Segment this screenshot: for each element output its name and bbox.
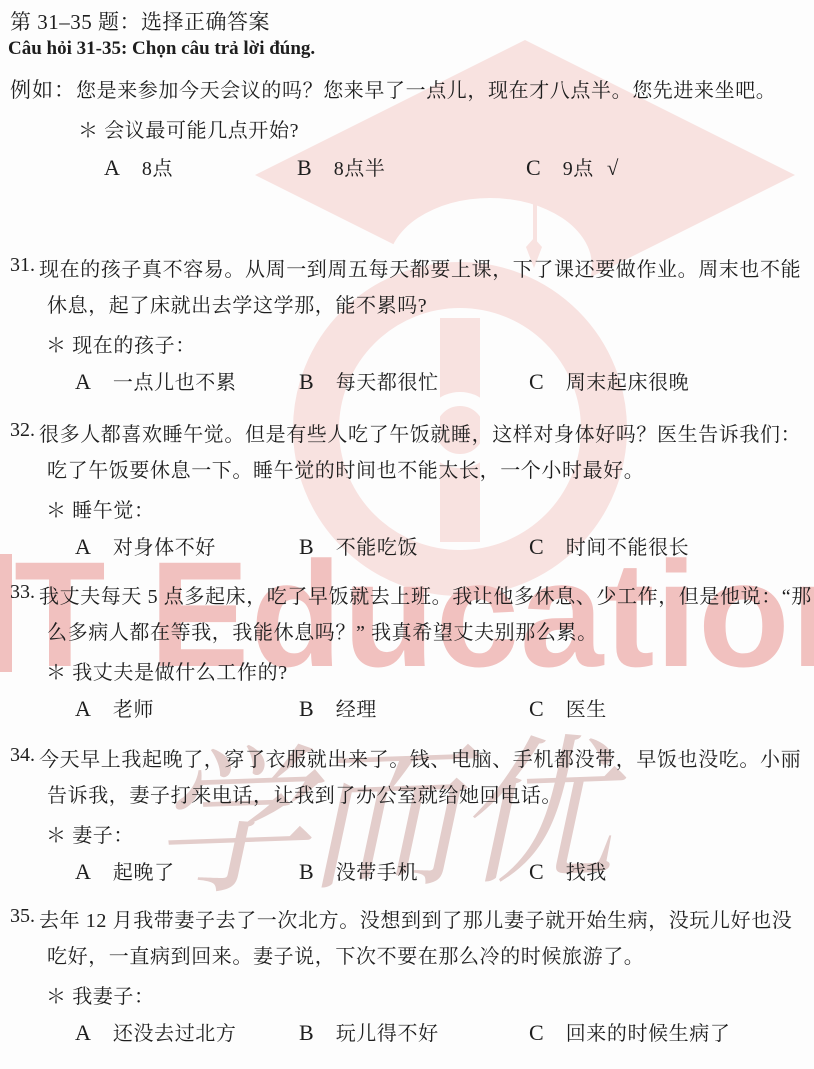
content-layer: 第 31–35 题：选择正确答案 Câu hỏi 31-35: Chọn câu… <box>0 0 814 1069</box>
passage-line-2: 休息，起了床就出去学这学那，能不累吗? <box>47 289 427 318</box>
question-prompt: ＊ 现在的孩子： <box>46 329 196 358</box>
option-c-letter: C <box>529 1020 544 1046</box>
option-b-letter: B <box>299 696 314 722</box>
option-c-text: 医生 <box>566 693 607 722</box>
option-b: B 没带手机 <box>299 856 418 885</box>
example-section: 例如： 您是来参加今天会议的吗？您来早了一点儿，现在才八点半。您先进来坐吧。 <box>10 74 776 104</box>
option-b: B 玩儿得不好 <box>299 1017 439 1046</box>
example-label: 例如： <box>10 74 76 104</box>
option-a: A 老师 <box>75 693 154 722</box>
option-b-text: 玩儿得不好 <box>336 1017 439 1046</box>
option-b-letter: B <box>297 155 312 181</box>
example-option-b: B 8点半 <box>297 152 386 181</box>
passage-line-2: 吃好，一直病到回来。妻子说，下次不要在那么冷的时候旅游了。 <box>47 940 644 969</box>
question-prompt: ＊ 睡午觉： <box>46 494 155 523</box>
example-options-row: A 8点 B 8点半 C 9点 √ <box>0 152 814 182</box>
option-b-text: 每天都很忙 <box>336 366 439 395</box>
option-b-text: 没带手机 <box>336 856 418 885</box>
option-a: A 还没去过北方 <box>75 1017 237 1046</box>
option-b-letter: B <box>299 859 314 885</box>
option-c-text: 周末起床很晚 <box>566 366 690 395</box>
question-block: 35. 去年 12 月我带妻子去了一次北方。没想到到了那儿妻子就开始生病，没玩儿… <box>0 904 814 1054</box>
option-a-letter: A <box>75 369 91 395</box>
example-option-a: A 8点 <box>104 152 173 181</box>
option-a-text: 对身体不好 <box>113 531 216 560</box>
question-prompt: ＊ 我妻子： <box>46 980 155 1009</box>
option-b: B 经理 <box>299 693 377 722</box>
option-a-text: 老师 <box>113 693 154 722</box>
option-a-text: 还没去过北方 <box>113 1017 237 1046</box>
option-a: A 一点儿也不累 <box>75 366 237 395</box>
passage-line-1: 很多人都喜欢睡午觉。但是有些人吃了午饭就睡，这样对身体好吗？医生告诉我们： <box>39 418 801 447</box>
option-b: B 每天都很忙 <box>299 366 439 395</box>
option-c-text: 找我 <box>566 856 607 885</box>
option-b-letter: B <box>299 1020 314 1046</box>
option-c-letter: C <box>529 859 544 885</box>
options-row: A 对身体不好 B 不能吃饭 C 时间不能很长 <box>0 531 814 561</box>
page-subtitle-vietnamese: Câu hỏi 31-35: Chọn câu trả lời đúng. <box>8 38 315 60</box>
question-number: 31. <box>10 254 35 277</box>
option-a-text: 8点 <box>142 152 173 181</box>
option-b-letter: B <box>299 369 314 395</box>
options-row: A 起晚了 B 没带手机 C 找我 <box>0 856 814 886</box>
question-prompt: ＊ 妻子： <box>46 819 134 848</box>
option-b: B 不能吃饭 <box>299 531 418 560</box>
option-c-text: 9点 <box>563 152 594 181</box>
question-number: 32. <box>10 419 35 442</box>
passage-line-1: 现在的孩子真不容易。从周一到周五每天都要上课，下了课还要做作业。周末也不能 <box>39 253 801 282</box>
question-block: 34. 今天早上我起晚了，穿了衣服就出来了。钱、电脑、手机都没带，早饭也没吃。小… <box>0 743 814 893</box>
option-b-letter: B <box>299 534 314 560</box>
passage-line-1: 去年 12 月我带妻子去了一次北方。没想到到了那儿妻子就开始生病，没玩儿好也没 <box>39 904 792 933</box>
options-row: A 还没去过北方 B 玩儿得不好 C 回来的时候生病了 <box>0 1017 814 1047</box>
passage-line-2: 么多病人都在等我，我能休息吗？” 我真希望丈夫别那么累。 <box>47 616 598 645</box>
option-c: C 医生 <box>529 693 607 722</box>
checkmark-icon: √ <box>607 156 619 181</box>
option-c-letter: C <box>526 155 541 181</box>
option-c-text: 时间不能很长 <box>566 531 690 560</box>
option-b-text: 经理 <box>336 693 377 722</box>
question-prompt: ＊ 我丈夫是做什么工作的? <box>46 656 288 685</box>
option-a-text: 一点儿也不累 <box>113 366 237 395</box>
option-a-letter: A <box>75 859 91 885</box>
passage-line-2: 吃了午饭要休息一下。睡午觉的时间也不能太长，一个小时最好。 <box>47 454 644 483</box>
option-a-letter: A <box>75 534 91 560</box>
passage-line-1: 我丈夫每天 5 点多起床，吃了早饭就去上班。我让他多休息、少工作，但是他说：“那 <box>39 580 812 609</box>
question-block: 31. 现在的孩子真不容易。从周一到周五每天都要上课，下了课还要做作业。周末也不… <box>0 253 814 403</box>
page-title: 第 31–35 题：选择正确答案 <box>10 6 270 36</box>
option-a-letter: A <box>75 696 91 722</box>
option-c: C 时间不能很长 <box>529 531 689 560</box>
passage-line-1: 今天早上我起晚了，穿了衣服就出来了。钱、电脑、手机都没带，早饭也没吃。小丽 <box>39 743 801 772</box>
passage-line-2: 告诉我，妻子打来电话，让我到了办公室就给她回电话。 <box>47 779 562 808</box>
question-block: 33. 我丈夫每天 5 点多起床，吃了早饭就去上班。我让他多休息、少工作，但是他… <box>0 580 814 730</box>
test-page: T Education 学而优 第 31–35 题：选择正确答案 Câu hỏi… <box>0 0 814 1069</box>
example-option-c: C 9点 √ <box>526 152 618 181</box>
options-row: A 老师 B 经理 C 医生 <box>0 693 814 723</box>
question-number: 34. <box>10 744 35 767</box>
option-c: C 回来的时候生病了 <box>529 1017 731 1046</box>
example-passage: 您是来参加今天会议的吗？您来早了一点儿，现在才八点半。您先进来坐吧。 <box>76 74 776 104</box>
option-c-letter: C <box>529 534 544 560</box>
option-b-text: 不能吃饭 <box>336 531 418 560</box>
question-block: 32. 很多人都喜欢睡午觉。但是有些人吃了午饭就睡，这样对身体好吗？医生告诉我们… <box>0 418 814 568</box>
option-c-text: 回来的时候生病了 <box>566 1017 731 1046</box>
option-a-text: 起晚了 <box>113 856 175 885</box>
question-number: 33. <box>10 581 35 604</box>
option-c-letter: C <box>529 369 544 395</box>
option-a-letter: A <box>75 1020 91 1046</box>
question-number: 35. <box>10 905 35 928</box>
option-a: A 起晚了 <box>75 856 175 885</box>
options-row: A 一点儿也不累 B 每天都很忙 C 周末起床很晚 <box>0 366 814 396</box>
option-c: C 找我 <box>529 856 607 885</box>
option-a: A 对身体不好 <box>75 531 216 560</box>
example-prompt: ＊ 会议最可能几点开始? <box>78 114 299 143</box>
option-c: C 周末起床很晚 <box>529 366 689 395</box>
option-b-text: 8点半 <box>334 152 386 181</box>
option-c-letter: C <box>529 696 544 722</box>
option-a-letter: A <box>104 155 120 181</box>
